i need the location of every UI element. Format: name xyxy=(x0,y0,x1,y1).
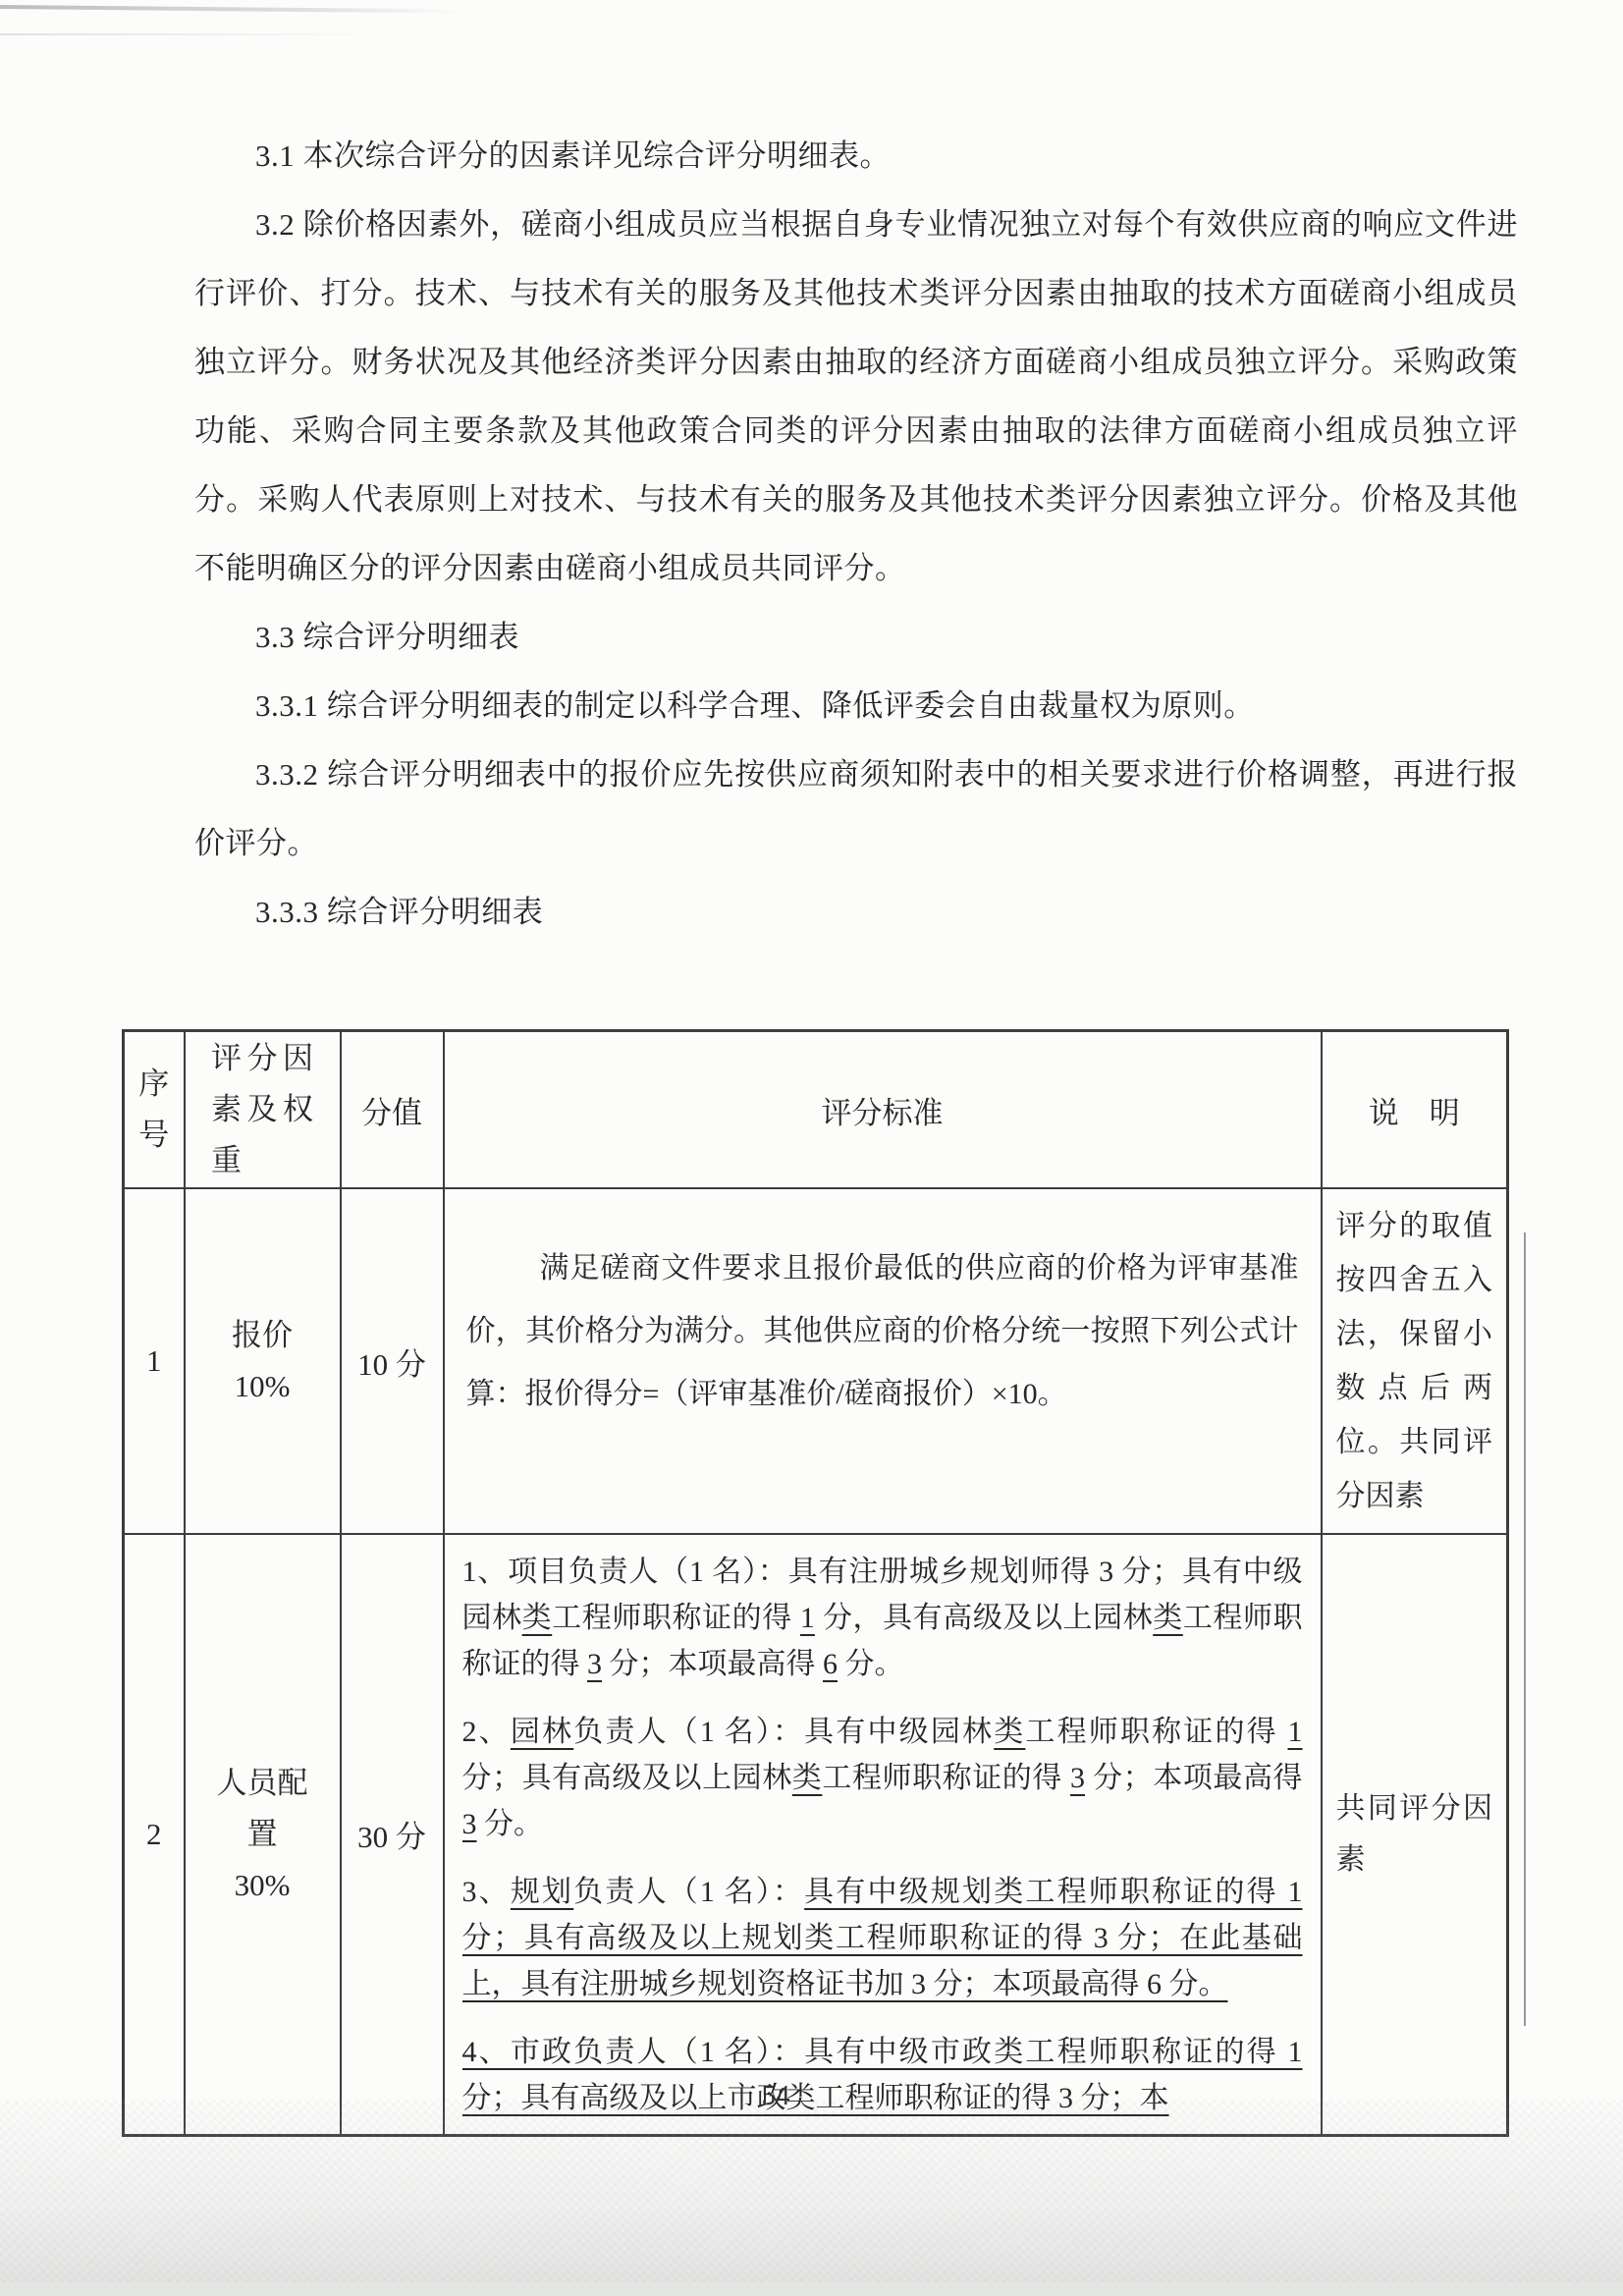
criteria-rich: 1、项目负责人（1 名）：具有注册城乡规划师得 3 分；具有中级园林类工程师职称… xyxy=(462,1549,1303,2130)
factor-name: 报价 xyxy=(209,1310,316,1361)
cell-row2-no: 2 xyxy=(124,1534,185,2135)
header-cell-note: 说 明 xyxy=(1322,1031,1508,1189)
body-text: 3.1 本次综合评分的因素详见综合评分明细表。 3.2 除价格因素外，磋商小组成… xyxy=(194,122,1518,947)
header-cell-factor: 评分因素及权重 xyxy=(185,1031,341,1189)
scan-streak-top xyxy=(0,5,461,14)
cell-row2-note: 共同评分因素 xyxy=(1322,1534,1508,2135)
cell-row2-score: 30 分 xyxy=(341,1534,444,2135)
criteria-item: 2、园林负责人（1 名）：具有中级园林类工程师职称证的得 1 分；具有高级及以上… xyxy=(462,1709,1303,1847)
cell-row1-factor: 报价 10% xyxy=(185,1188,341,1534)
cell-row1-criteria: 满足磋商文件要求且报价最低的供应商的价格为评审基准价，其价格分为满分。其他供应商… xyxy=(444,1188,1322,1534)
table-row-price: 1 报价 10% 10 分 满足磋商文件要求且报价最低的供应商的价格为评审基准价… xyxy=(124,1188,1508,1534)
paragraph-3-3-2: 3.3.2 综合评分明细表中的报价应先按供应商须知附表中的相关要求进行价格调整，… xyxy=(194,740,1518,878)
paragraph-3-1: 3.1 本次综合评分的因素详见综合评分明细表。 xyxy=(194,122,1518,191)
table-row-staffing: 2 人员配置 30% 30 分 1、项目负责人（1 名）：具有注册城乡规划师得 … xyxy=(124,1534,1508,2135)
scan-artifact-line xyxy=(1524,1232,1526,2026)
paragraph-3-3-3: 3.3.3 综合评分明细表 xyxy=(194,878,1518,947)
header-cell-no: 序号 xyxy=(124,1031,185,1189)
price-criteria-text: 满足磋商文件要求且报价最低的供应商的价格为评审基准价，其价格分为满分。其他供应商… xyxy=(466,1237,1299,1426)
paragraph-3-3-1: 3.3.1 综合评分明细表的制定以科学合理、降低评委会自由裁量权为原则。 xyxy=(194,672,1518,740)
factor-weight: 10% xyxy=(209,1361,316,1412)
factor-name: 人员配置 xyxy=(209,1758,316,1860)
cell-row2-factor: 人员配置 30% xyxy=(185,1534,341,2135)
factor-weight: 30% xyxy=(209,1860,316,1911)
header-cell-criteria: 评分标准 xyxy=(444,1031,1322,1189)
cell-row1-score: 10 分 xyxy=(341,1188,444,1534)
scan-noise-bottom xyxy=(0,2100,1623,2296)
cell-row1-note: 评分的取值按四舍五入法，保留小数点后两位。共同评分因素 xyxy=(1322,1188,1508,1534)
scan-edge-strip xyxy=(0,2282,1623,2296)
scoring-detail-table: 序号 评分因素及权重 分值 评分标准 说 明 1 报价 10% 10 分 满足磋… xyxy=(122,1029,1509,2137)
paragraph-3-3: 3.3 综合评分明细表 xyxy=(194,603,1518,672)
criteria-item: 1、项目负责人（1 名）：具有注册城乡规划师得 3 分；具有中级园林类工程师职称… xyxy=(462,1549,1303,1687)
paragraph-3-2: 3.2 除价格因素外，磋商小组成员应当根据自身专业情况独立对每个有效供应商的响应… xyxy=(194,191,1518,603)
cell-row2-criteria: 1、项目负责人（1 名）：具有注册城乡规划师得 3 分；具有中级园林类工程师职称… xyxy=(444,1534,1322,2135)
document-page: 3.1 本次综合评分的因素详见综合评分明细表。 3.2 除价格因素外，磋商小组成… xyxy=(0,0,1623,2296)
header-cell-score: 分值 xyxy=(341,1031,444,1189)
cell-row1-no: 1 xyxy=(124,1188,185,1534)
criteria-item: 3、规划负责人（1 名）：具有中级规划类工程师职称证的得 1 分；具有高级及以上… xyxy=(462,1869,1303,2007)
table-header-row: 序号 评分因素及权重 分值 评分标准 说 明 xyxy=(124,1031,1508,1189)
scan-streak-top-2 xyxy=(0,33,393,35)
